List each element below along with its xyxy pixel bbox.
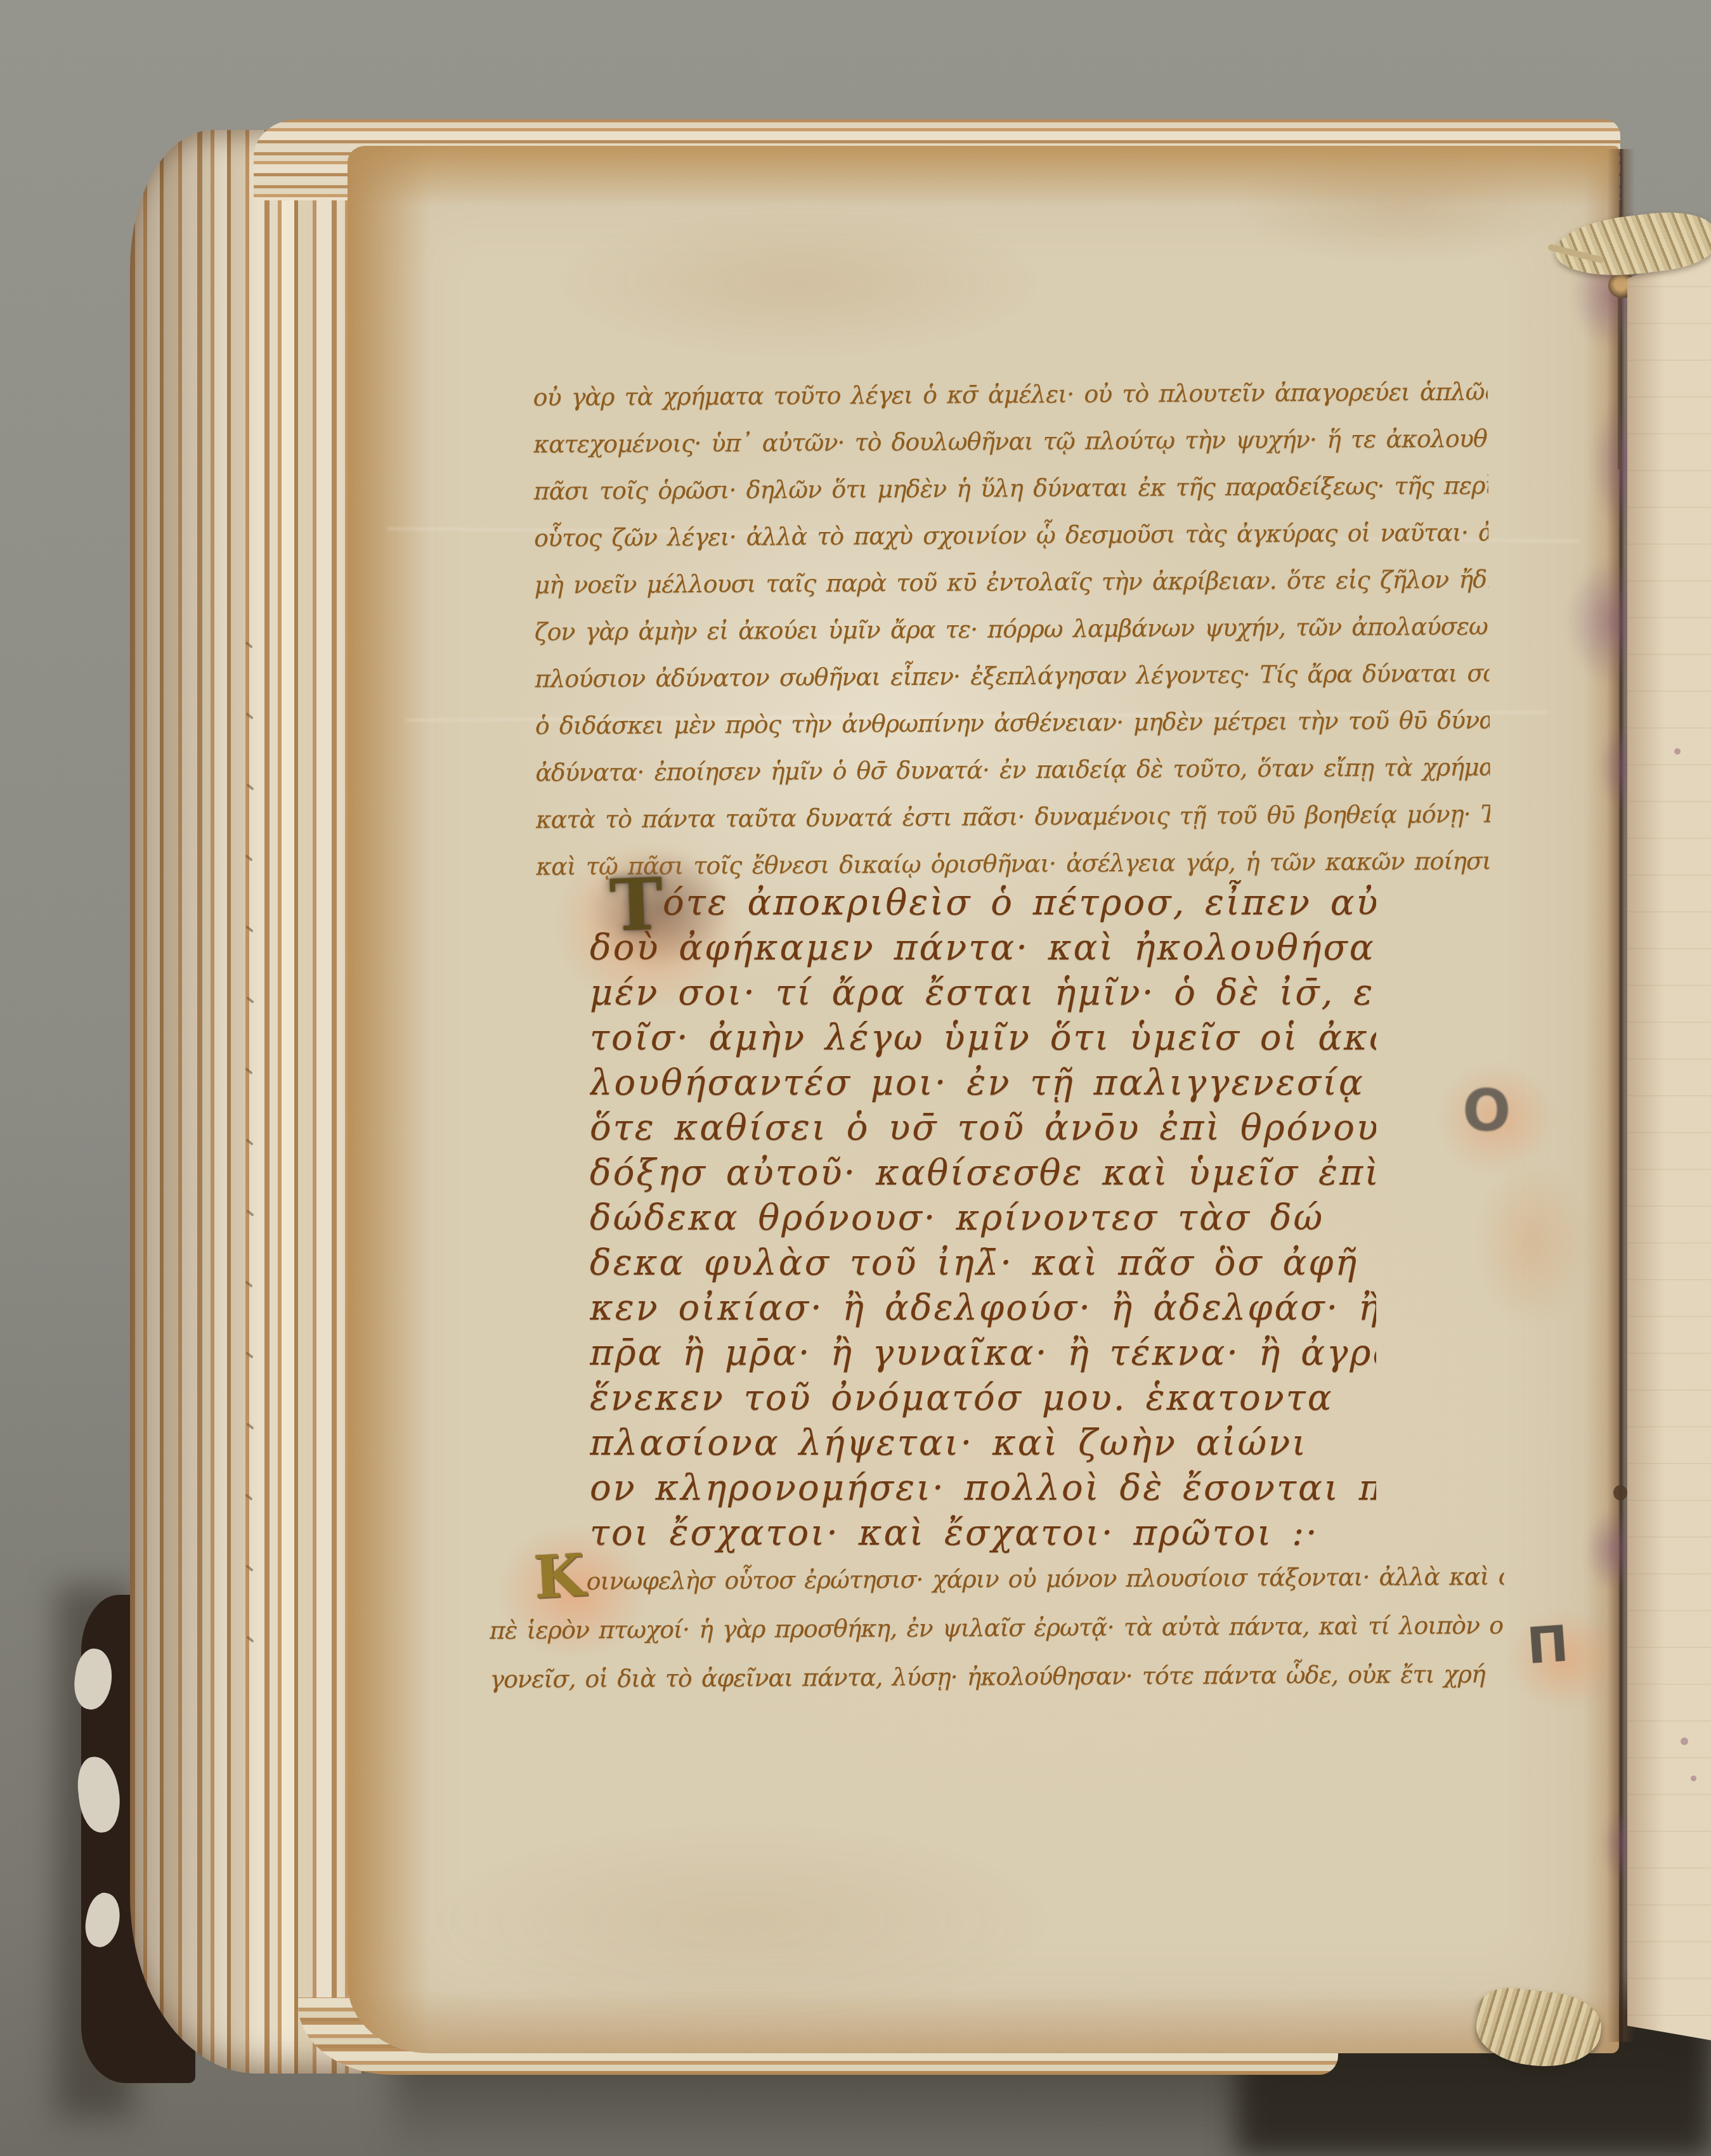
commentary-line: οὐ γὰρ τὰ χρήματα τοῦτο λέγει ὁ κσ̄ ἀμέλ… [533, 368, 1488, 420]
commentary-line: μὴ νοεῖν μέλλουσι ταῖς παρὰ τοῦ κῡ ἐντολ… [534, 555, 1488, 608]
commentary-line: πλούσιον ἀδύνατον σωθῆναι εἶπεν· ἐξεπλάγ… [535, 649, 1489, 702]
purple-dot [1674, 748, 1681, 755]
purple-dot [1691, 1776, 1696, 1781]
commentary-line: κατὰ τὸ πάντα ταῦτα δυνατά ἐστι πᾶσι· δυ… [536, 790, 1490, 843]
facing-page-edge [1627, 212, 1711, 2051]
marginal-letter-pi: Π [1525, 1620, 1570, 1672]
sewing-hole [1613, 1485, 1627, 1500]
gospel-line: πρ̄α ἢ μρ̄α· ἢ γυναῖκα· ἢ τέκνα· ἢ ἀγρού… [590, 1330, 1376, 1375]
commentary-line: πὲ ἱερὸν πτωχοί· ἡ γὰρ προσθήκη, ἐν ψιλα… [490, 1601, 1504, 1655]
gospel-text-block: ότε ἀποκριθεὶσ ὁ πέτροσ, εἶπεν αὐτῶ· ἰδο… [590, 880, 1376, 1557]
gospel-line: δεκα φυλὰσ τοῦ ἰηλ̄· καὶ πᾶσ ὃσ ἀφῆ [590, 1240, 1376, 1285]
manuscript-photo: οὐ γὰρ τὰ χρήματα τοῦτο λέγει ὁ κσ̄ ἀμέλ… [0, 0, 1711, 2156]
commentary-line: ζον γὰρ ἀμὴν εἰ ἀκούει ὑμῖν ἄρα τε· πόρρ… [535, 602, 1489, 655]
commentary-line: γονεῖσ, οἱ διὰ τὸ ἀφεῖναι πάντα, λύσῃ· ἠ… [490, 1650, 1504, 1704]
commentary-line: ὁ διδάσκει μὲν πρὸς τὴν ἀνθρωπίνην ἀσθέν… [535, 696, 1490, 749]
commentary-line: οὗτος ζῶν λέγει· ἀλλὰ τὸ παχὺ σχοινίον ᾧ… [534, 509, 1488, 561]
gospel-line: πλασίονα λήψεται· καὶ ζωὴν αἰώνι [590, 1420, 1376, 1465]
commentary-line: ἀδύνατα· ἐποίησεν ἡμῖν ὁ θσ̄ δυνατά· ἐν … [535, 743, 1490, 796]
gospel-line: μέν σοι· τί ἄρα ἔσται ἡμῖν· ὁ δὲ ἰσ̄, εἶ… [590, 970, 1376, 1015]
purple-dot [1681, 1737, 1688, 1745]
gospel-line: τοι ἔσχατοι· καὶ ἔσχατοι· πρῶτοι :· [590, 1510, 1376, 1555]
gospel-line: κεν οἰκίασ· ἢ ἀδελφούσ· ἢ ἀδελφάσ· ἢ [590, 1285, 1376, 1330]
upper-commentary-block: οὐ γὰρ τὰ χρήματα τοῦτο λέγει ὁ κσ̄ ἀμέλ… [533, 368, 1491, 892]
commentary-line: πᾶσι τοῖς ὁρῶσι· δηλῶν ὅτι μηδὲν ἡ ὕλη δ… [533, 462, 1488, 514]
gospel-line: ὅτε καθίσει ὁ υσ̄ τοῦ ἀνο̄υ ἐπὶ θρόνου [590, 1105, 1376, 1150]
gospel-line: ότε ἀποκριθεὶσ ὁ πέτροσ, εἶπεν αὐτῶ· ἰ [590, 880, 1376, 925]
sewing-thread [1618, 292, 1620, 469]
gospel-line: ον κληρονομήσει· πολλοὶ δὲ ἔσονται πρῶ [590, 1465, 1376, 1510]
page-edge-stack-left [130, 130, 365, 2074]
lower-commentary-block: οινωφελὴσ οὗτοσ ἐρώτησισ· χάριν οὐ μόνον… [489, 1552, 1504, 1706]
marginal-letter-omicron: Ο [1462, 1083, 1511, 1140]
gospel-line: δώδεκα θρόνουσ· κρίνοντεσ τὰσ δώ [590, 1195, 1376, 1240]
gospel-line: δοὺ ἀφήκαμεν πάντα· καὶ ἠκολουθήσα [590, 925, 1376, 970]
gospel-line: λουθήσαντέσ μοι· ἐν τῇ παλιγγενεσίᾳ [590, 1060, 1376, 1105]
gospel-line: τοῖσ· ἀμὴν λέγω ὑμῖν ὅτι ὑμεῖσ οἱ ἀκο [590, 1015, 1376, 1060]
gospel-line: δόξησ αὐτοῦ· καθίσεσθε καὶ ὑμεῖσ ἐπὶ [590, 1150, 1376, 1195]
commentary-line: κατεχομένοις· ὑπ᾽ αὐτῶν· τὸ δουλωθῆναι τ… [533, 415, 1488, 467]
commentary-line: οινωφελὴσ οὗτοσ ἐρώτησισ· χάριν οὐ μόνον… [489, 1552, 1504, 1606]
gospel-line: ἕνεκεν τοῦ ὀνόματόσ μου. ἑκατοντα [590, 1375, 1376, 1420]
